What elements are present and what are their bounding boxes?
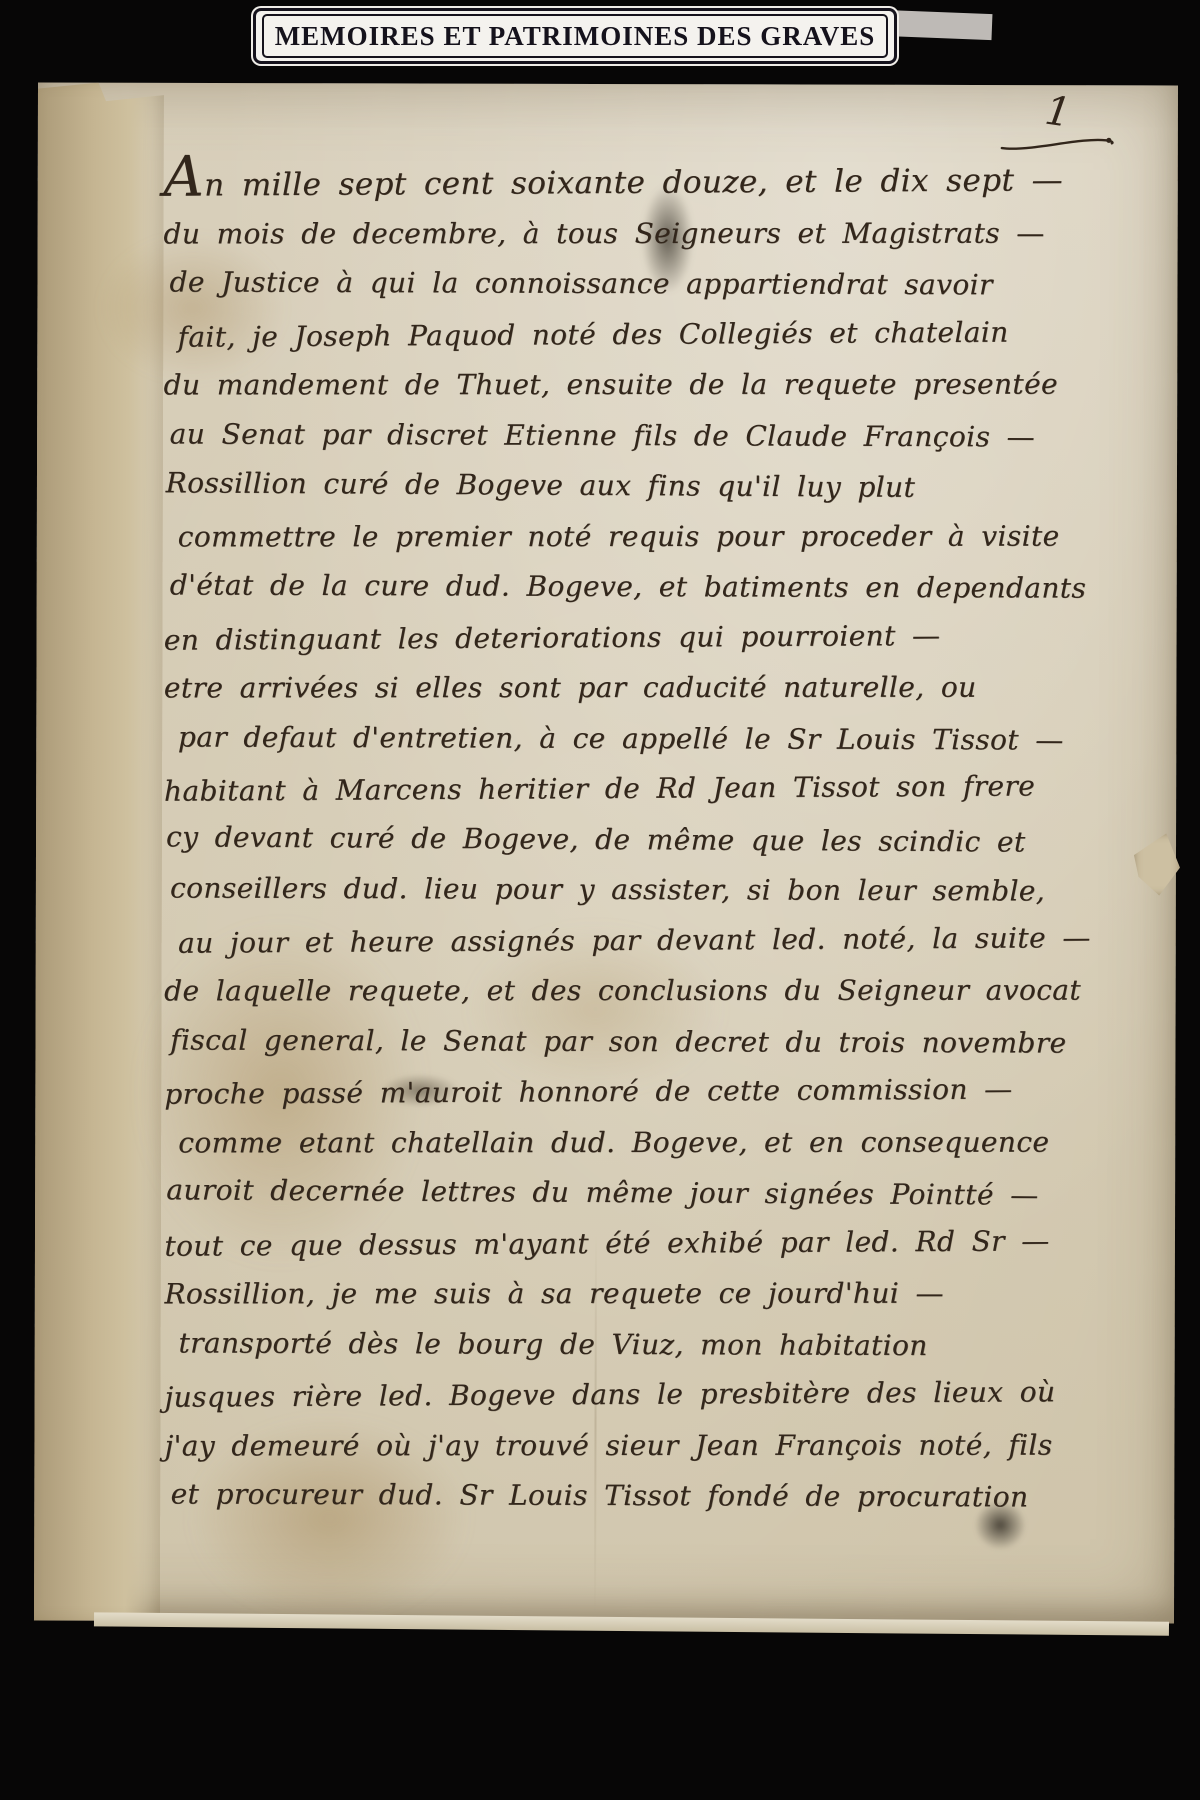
- manuscript-line: conseillers dud. lieu pour y assister, s…: [170, 863, 1059, 917]
- manuscript-line: transporté dès le bourg de Viuz, mon hab…: [178, 1318, 1059, 1372]
- manuscript-line: An mille sept cent soixante douze, et le…: [163, 155, 1058, 211]
- under-sheet-edge: [94, 1612, 1169, 1635]
- manuscript-line: cy devant curé de Bogeve, de même que le…: [166, 812, 1059, 868]
- manuscript-line: proche passé m'auroit honnoré de cette c…: [164, 1064, 1059, 1120]
- manuscript-line: Rossillion, je me suis à sa requete ce j…: [164, 1269, 1059, 1320]
- collection-banner-frame: MEMOIRES ET PATRIMOINES DES GRAVES: [262, 14, 888, 58]
- manuscript-line: auroit decernée lettres du même jour sig…: [166, 1165, 1059, 1221]
- manuscript-line: j'ay demeuré où j'ay trouvé sieur Jean F…: [165, 1420, 1060, 1471]
- manuscript-line: etre arrivées si elles sont par caducité…: [164, 663, 1059, 714]
- manuscript-line: comme etant chatellain dud. Bogeve, et e…: [178, 1117, 1059, 1168]
- manuscript-line: fiscal general, le Senat par son decret …: [170, 1015, 1059, 1069]
- manuscript-line: du mois de decembre, à tous Seigneurs et…: [163, 208, 1058, 259]
- manuscript-text: An mille sept cent soixante douze, et le…: [163, 158, 1059, 1522]
- banner-title: MEMOIRES ET PATRIMOINES DES GRAVES: [275, 21, 876, 52]
- torn-edge: [1134, 833, 1180, 895]
- manuscript-line: d'état de la cure dud. Bogeve, et batime…: [170, 560, 1059, 614]
- binding-strip: [34, 83, 164, 1621]
- page-number: 1: [993, 95, 1123, 153]
- manuscript-line: et procureur dud. Sr Louis Tissot fondé …: [171, 1469, 1060, 1523]
- manuscript-line: du mandement de Thuet, ensuite de la req…: [164, 360, 1059, 411]
- manuscript-line: jusques rière led. Bogeve dans le presbi…: [164, 1367, 1059, 1423]
- manuscript-page: 1 An mille sept cent soixante douze, et …: [34, 83, 1178, 1624]
- manuscript-line: de laquelle requete, et des conclusions …: [164, 966, 1059, 1017]
- collection-banner: MEMOIRES ET PATRIMOINES DES GRAVES: [253, 8, 897, 64]
- manuscript-line: de Justice à qui la connoissance apparti…: [169, 257, 1058, 311]
- manuscript-line: au Senat par discret Etienne fils de Cla…: [170, 409, 1059, 463]
- manuscript-line: tout ce que dessus m'ayant été exhibé pa…: [164, 1216, 1059, 1272]
- manuscript-line: en distinguant les deteriorations qui po…: [164, 610, 1059, 666]
- manuscript-line: par defaut d'entretien, à ce appellé le …: [178, 712, 1059, 766]
- manuscript-line: habitant à Marcens heritier de Rd Jean T…: [164, 761, 1059, 817]
- manuscript-line: fait, je Joseph Paquod noté des Collegié…: [177, 307, 1058, 363]
- manuscript-line: Rossillion curé de Bogeve aux fins qu'il…: [166, 458, 1059, 514]
- manuscript-line: au jour et heure assignés par devant led…: [178, 913, 1059, 969]
- manuscript-line: commettre le premier noté requis pour pr…: [178, 511, 1059, 562]
- banner-paper-edge: [884, 10, 993, 40]
- photo-background: MEMOIRES ET PATRIMOINES DES GRAVES 1 An …: [0, 0, 1200, 1800]
